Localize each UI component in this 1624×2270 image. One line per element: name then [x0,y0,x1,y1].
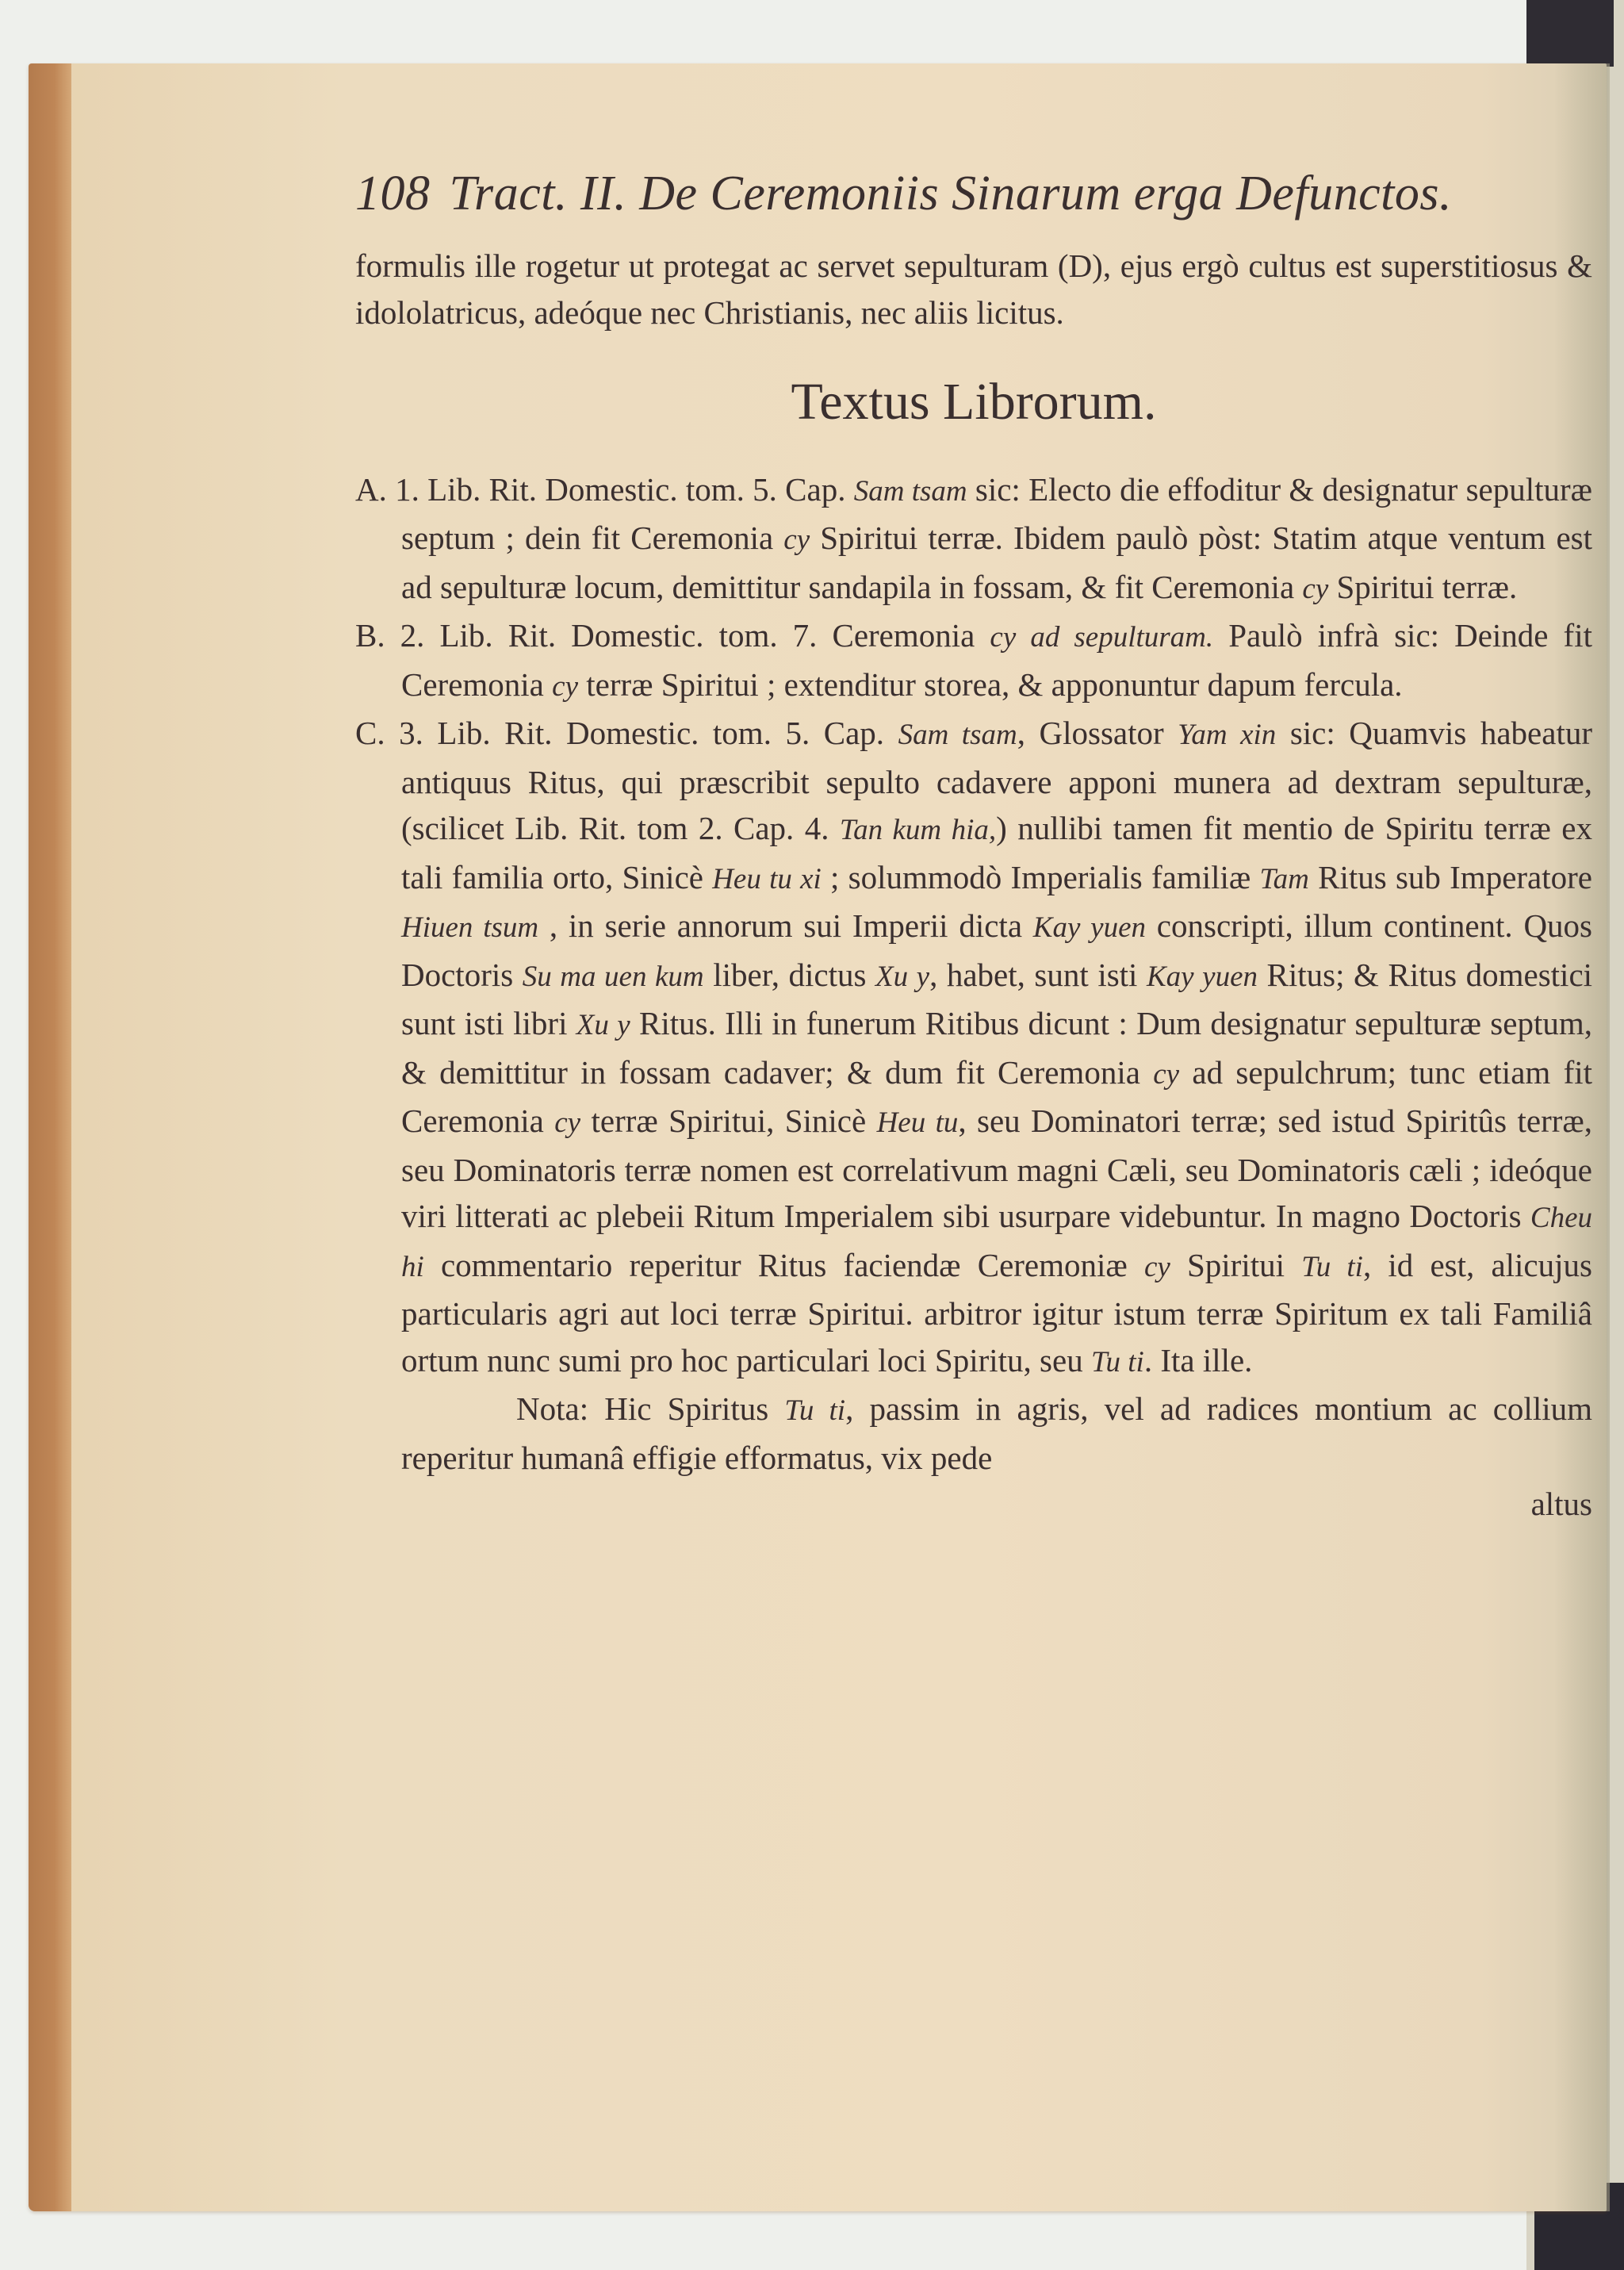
italic-term: Tu ti [1301,1251,1363,1283]
text-run: . Ita ille. [1144,1342,1253,1378]
entry-a: A. 1. Lib. Rit. Domestic. tom. 5. Cap. S… [355,466,1592,613]
italic-term: Sam tsam [898,719,1017,751]
italic-term: Hiuen tsum [401,911,538,944]
text-run: ; solummodò Imperialis familiæ [822,859,1260,895]
italic-term: Kay yuen [1147,961,1258,993]
text-run: , in serie annorum sui Imperii dicta [538,907,1033,944]
italic-term: cy [552,670,578,703]
entry-b: B. 2. Lib. Rit. Domestic. tom. 7. Ceremo… [355,612,1592,710]
nota-paragraph: Nota: Hic Spiritus Tu ti, passim in agri… [355,1386,1592,1481]
italic-term: Xu y [576,1009,630,1041]
italic-term: cy [1302,573,1328,605]
italic-term: Sam tsam [854,475,967,508]
italic-term: cy [554,1106,580,1139]
italic-term: Xu y [875,961,929,993]
catchword: altus [355,1481,1592,1528]
entry-label: B. [355,617,400,654]
text-run: commentario reperitur Ritus faciendæ Cer… [424,1247,1144,1283]
italic-term: Tan kum hia, [840,814,996,846]
page-number: 108 [355,167,431,220]
italic-term: Heu tu xi [712,863,822,895]
italic-term: Kay yuen [1033,911,1146,944]
text-run: Nota: Hic Spiritus [516,1390,784,1427]
text-run: 3. Lib. Rit. Domestic. tom. 5. Cap. [399,715,898,751]
text-run: Ritus sub Imperatore [1309,859,1592,895]
running-head: 108Tract. II. De Ceremoniis Sinarum erga… [355,167,1592,220]
dark-backing-top [1526,0,1614,67]
text-run: Spiritui terræ. [1328,569,1517,605]
italic-term: cy [1144,1251,1170,1283]
entry-label: A. [355,471,395,508]
text-run: , Glossator [1017,715,1178,751]
text-run: terræ Spiritui ; extenditur storea, & ap… [578,666,1403,703]
section-title: Textus Librorum. [355,374,1592,431]
italic-term: cy ad sepulturam. [990,621,1213,654]
italic-term: Yam xin [1178,719,1276,751]
page-edge [29,63,71,2211]
text-run: liber, dictus [704,957,875,993]
italic-term: cy [783,523,810,556]
italic-term: Heu tu [877,1106,959,1139]
text-run: Spiritui [1170,1247,1301,1283]
page-text: 108Tract. II. De Ceremoniis Sinarum erga… [355,167,1592,1528]
entries-list: A. 1. Lib. Rit. Domestic. tom. 5. Cap. S… [355,466,1592,1386]
text-run: 1. Lib. Rit. Domestic. tom. 5. Cap. [395,471,854,508]
italic-term: Tu ti [784,1394,845,1427]
text-run: terræ Spiritui, Sinicè [580,1102,876,1139]
running-title: Tract. II. De Ceremoniis Sinarum erga De… [450,167,1452,220]
entry-c: C. 3. Lib. Rit. Domestic. tom. 5. Cap. S… [355,710,1592,1386]
italic-term: Su ma uen kum [523,961,704,993]
intro-paragraph: formulis ille rogetur ut protegat ac ser… [355,243,1592,336]
italic-term: Tam [1260,863,1309,895]
entry-label: C. [355,715,399,751]
italic-term: cy [1153,1058,1179,1091]
text-run: 2. Lib. Rit. Domestic. tom. 7. Ceremonia [400,617,990,654]
italic-term: Tu ti [1091,1346,1144,1378]
text-run: , habet, sunt isti [929,957,1147,993]
